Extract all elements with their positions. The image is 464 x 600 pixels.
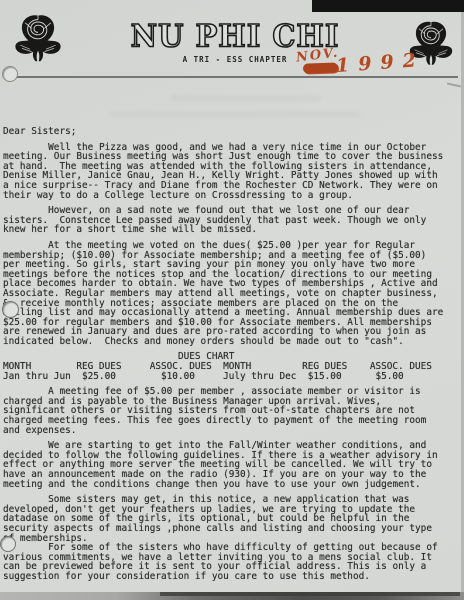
newsletter-title: NU PHI CHI [130, 21, 340, 51]
dues-chart-cell: $5.00 [370, 372, 404, 382]
page-bottom-edge-dark-strip [160, 592, 460, 596]
hole-punch [2, 66, 18, 82]
salutation: Dear Sisters; [3, 127, 460, 137]
scribbled-out-month [303, 62, 338, 73]
hole-punch [0, 536, 16, 552]
scanner-backing-bar [312, 0, 464, 12]
dues-chart-cell: $25.00 [76, 372, 149, 382]
dues-chart-cell: $10.00 [150, 372, 223, 382]
ink-bleedthrough-smudge [170, 96, 320, 100]
paragraph: Some sisters may get, in this notice, a … [3, 495, 460, 543]
paragraph: For some of the sisters who have difficu… [3, 543, 460, 581]
rose-icon [14, 12, 62, 68]
dues-chart-cell: Jan thru Jun [3, 372, 76, 382]
paragraph: However, on a sad note we found out that… [3, 206, 460, 235]
scanned-newsletter-page: { "header": { "title": "NU PHI CHI", "su… [0, 0, 464, 600]
dues-chart-cell: July thru Dec [223, 372, 302, 382]
handwritten-year: 1992 [335, 49, 425, 77]
paper-crease-mark [447, 83, 461, 88]
ink-bleedthrough-smudge [110, 112, 360, 116]
paragraph: A meeting fee of $5.00 per member , asso… [3, 387, 460, 435]
hole-punch [2, 301, 19, 318]
paragraph: At the meeting we voted on the dues( $25… [3, 241, 460, 347]
dues-chart-cell: $15.00 [302, 372, 370, 382]
dues-chart: DUES CHART MONTHREG DUESASSOC. DUESMONTH… [3, 352, 460, 381]
header-divider-line [8, 76, 458, 78]
letter-body: Dear Sisters; Well the Pizza was good, a… [3, 127, 460, 582]
paragraph: Well the Pizza was good, and we had a ve… [3, 143, 460, 201]
dues-chart-data-row: Jan thru Jun$25.00$10.00July thru Dec$15… [3, 372, 460, 382]
paragraph: We are starting to get into the Fall/Win… [3, 441, 460, 489]
